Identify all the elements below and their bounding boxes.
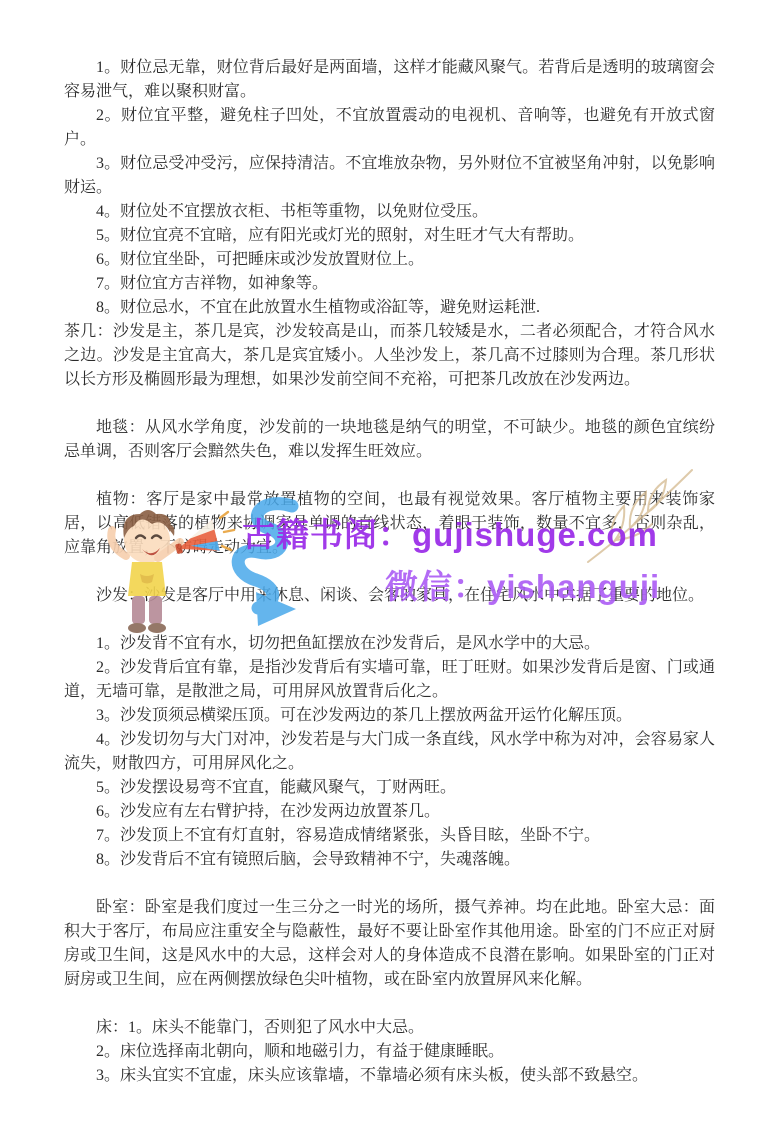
paragraph: 6。沙发应有左右臂护持，在沙发两边放置茶几。 bbox=[64, 800, 715, 824]
paragraph: 5。沙发摆设易弯不宜直，能藏风聚气，丁财两旺。 bbox=[64, 776, 715, 800]
paragraph: 7。沙发顶上不宜有灯直射，容易造成情绪紧张，头昏目眩，坐卧不宁。 bbox=[64, 824, 715, 848]
paragraph: 3。床头宜实不宜虚，床头应该靠墙，不靠墙必须有床头板，使头部不致悬空。 bbox=[64, 1064, 715, 1088]
paragraph: 1。财位忌无靠，财位背后最好是两面墙，这样才能藏风聚气。若背后是透明的玻璃窗会容… bbox=[64, 56, 715, 104]
paragraph: 4。财位处不宜摆放衣柜、书柜等重物，以免财位受压。 bbox=[64, 200, 715, 224]
paragraph: 3。沙发顶须忌横梁压顶。可在沙发两边的茶几上摆放两盆开运竹化解压顶。 bbox=[64, 704, 715, 728]
paragraph-bedroom: 卧室：卧室是我们度过一生三分之一时光的场所，摄气养神。均在此地。卧室大忌：面积大… bbox=[64, 896, 715, 992]
paragraph: 5。财位宜亮不宜暗，应有阳光或灯光的照射，对生旺才气大有帮助。 bbox=[64, 224, 715, 248]
paragraph-plants: 植物：客厅是家中最常放置植物的空间，也最有视觉效果。客厅植物主要用来装饰家居，以… bbox=[64, 488, 715, 560]
paragraph: 3。财位忌受冲受污，应保持清洁。不宜堆放杂物，另外财位不宜被坚角冲射，以免影响财… bbox=[64, 152, 715, 200]
document-page: 1。财位忌无靠，财位背后最好是两面墙，这样才能藏风聚气。若背后是透明的玻璃窗会容… bbox=[0, 0, 777, 1122]
paragraph: 1。沙发背不宜有水，切勿把鱼缸摆放在沙发背后，是风水学中的大忌。 bbox=[64, 632, 715, 656]
paragraph-carpet: 地毯：从风水学角度，沙发前的一块地毯是纳气的明堂，不可缺少。地毯的颜色宜缤纷忌单… bbox=[64, 416, 715, 464]
paragraph: 4。沙发切勿与大门对冲，沙发若是与大门成一条直线，风水学中称为对冲，会容易家人流… bbox=[64, 728, 715, 776]
paragraph: 6。财位宜坐卧，可把睡床或沙发放置财位上。 bbox=[64, 248, 715, 272]
paragraph: 2。床位选择南北朝向，顺和地磁引力，有益于健康睡眠。 bbox=[64, 1040, 715, 1064]
paragraph: 2。财位宜平整，避免柱子凹处，不宜放置震动的电视机、音响等，也避免有开放式窗户。 bbox=[64, 104, 715, 152]
paragraph: 8。财位忌水，不宜在此放置水生植物或浴缸等，避免财运耗泄. bbox=[64, 296, 715, 320]
paragraph: 8。沙发背后不宜有镜照后脑，会导致精神不宁，失魂落魄。 bbox=[64, 848, 715, 872]
paragraph-bed: 床：1。床头不能靠门，否则犯了风水中大忌。 bbox=[64, 1016, 715, 1040]
paragraph-tea-table: 茶几：沙发是主，茶几是宾，沙发较高是山，而茶几较矮是水，二者必须配合，才符合风水… bbox=[64, 320, 715, 392]
paragraph-sofa: 沙发：沙发是客厅中用来休息、闲谈、会客的家具，在住宅风水中占据了重要的地位。 bbox=[64, 584, 715, 608]
paragraph: 2。沙发背后宜有靠，是指沙发背后有实墙可靠，旺丁旺财。如果沙发背后是窗、门或通道… bbox=[64, 656, 715, 704]
paragraph: 7。财位宜方吉祥物，如神象等。 bbox=[64, 272, 715, 296]
document-body: 1。财位忌无靠，财位背后最好是两面墙，这样才能藏风聚气。若背后是透明的玻璃窗会容… bbox=[64, 56, 715, 1088]
